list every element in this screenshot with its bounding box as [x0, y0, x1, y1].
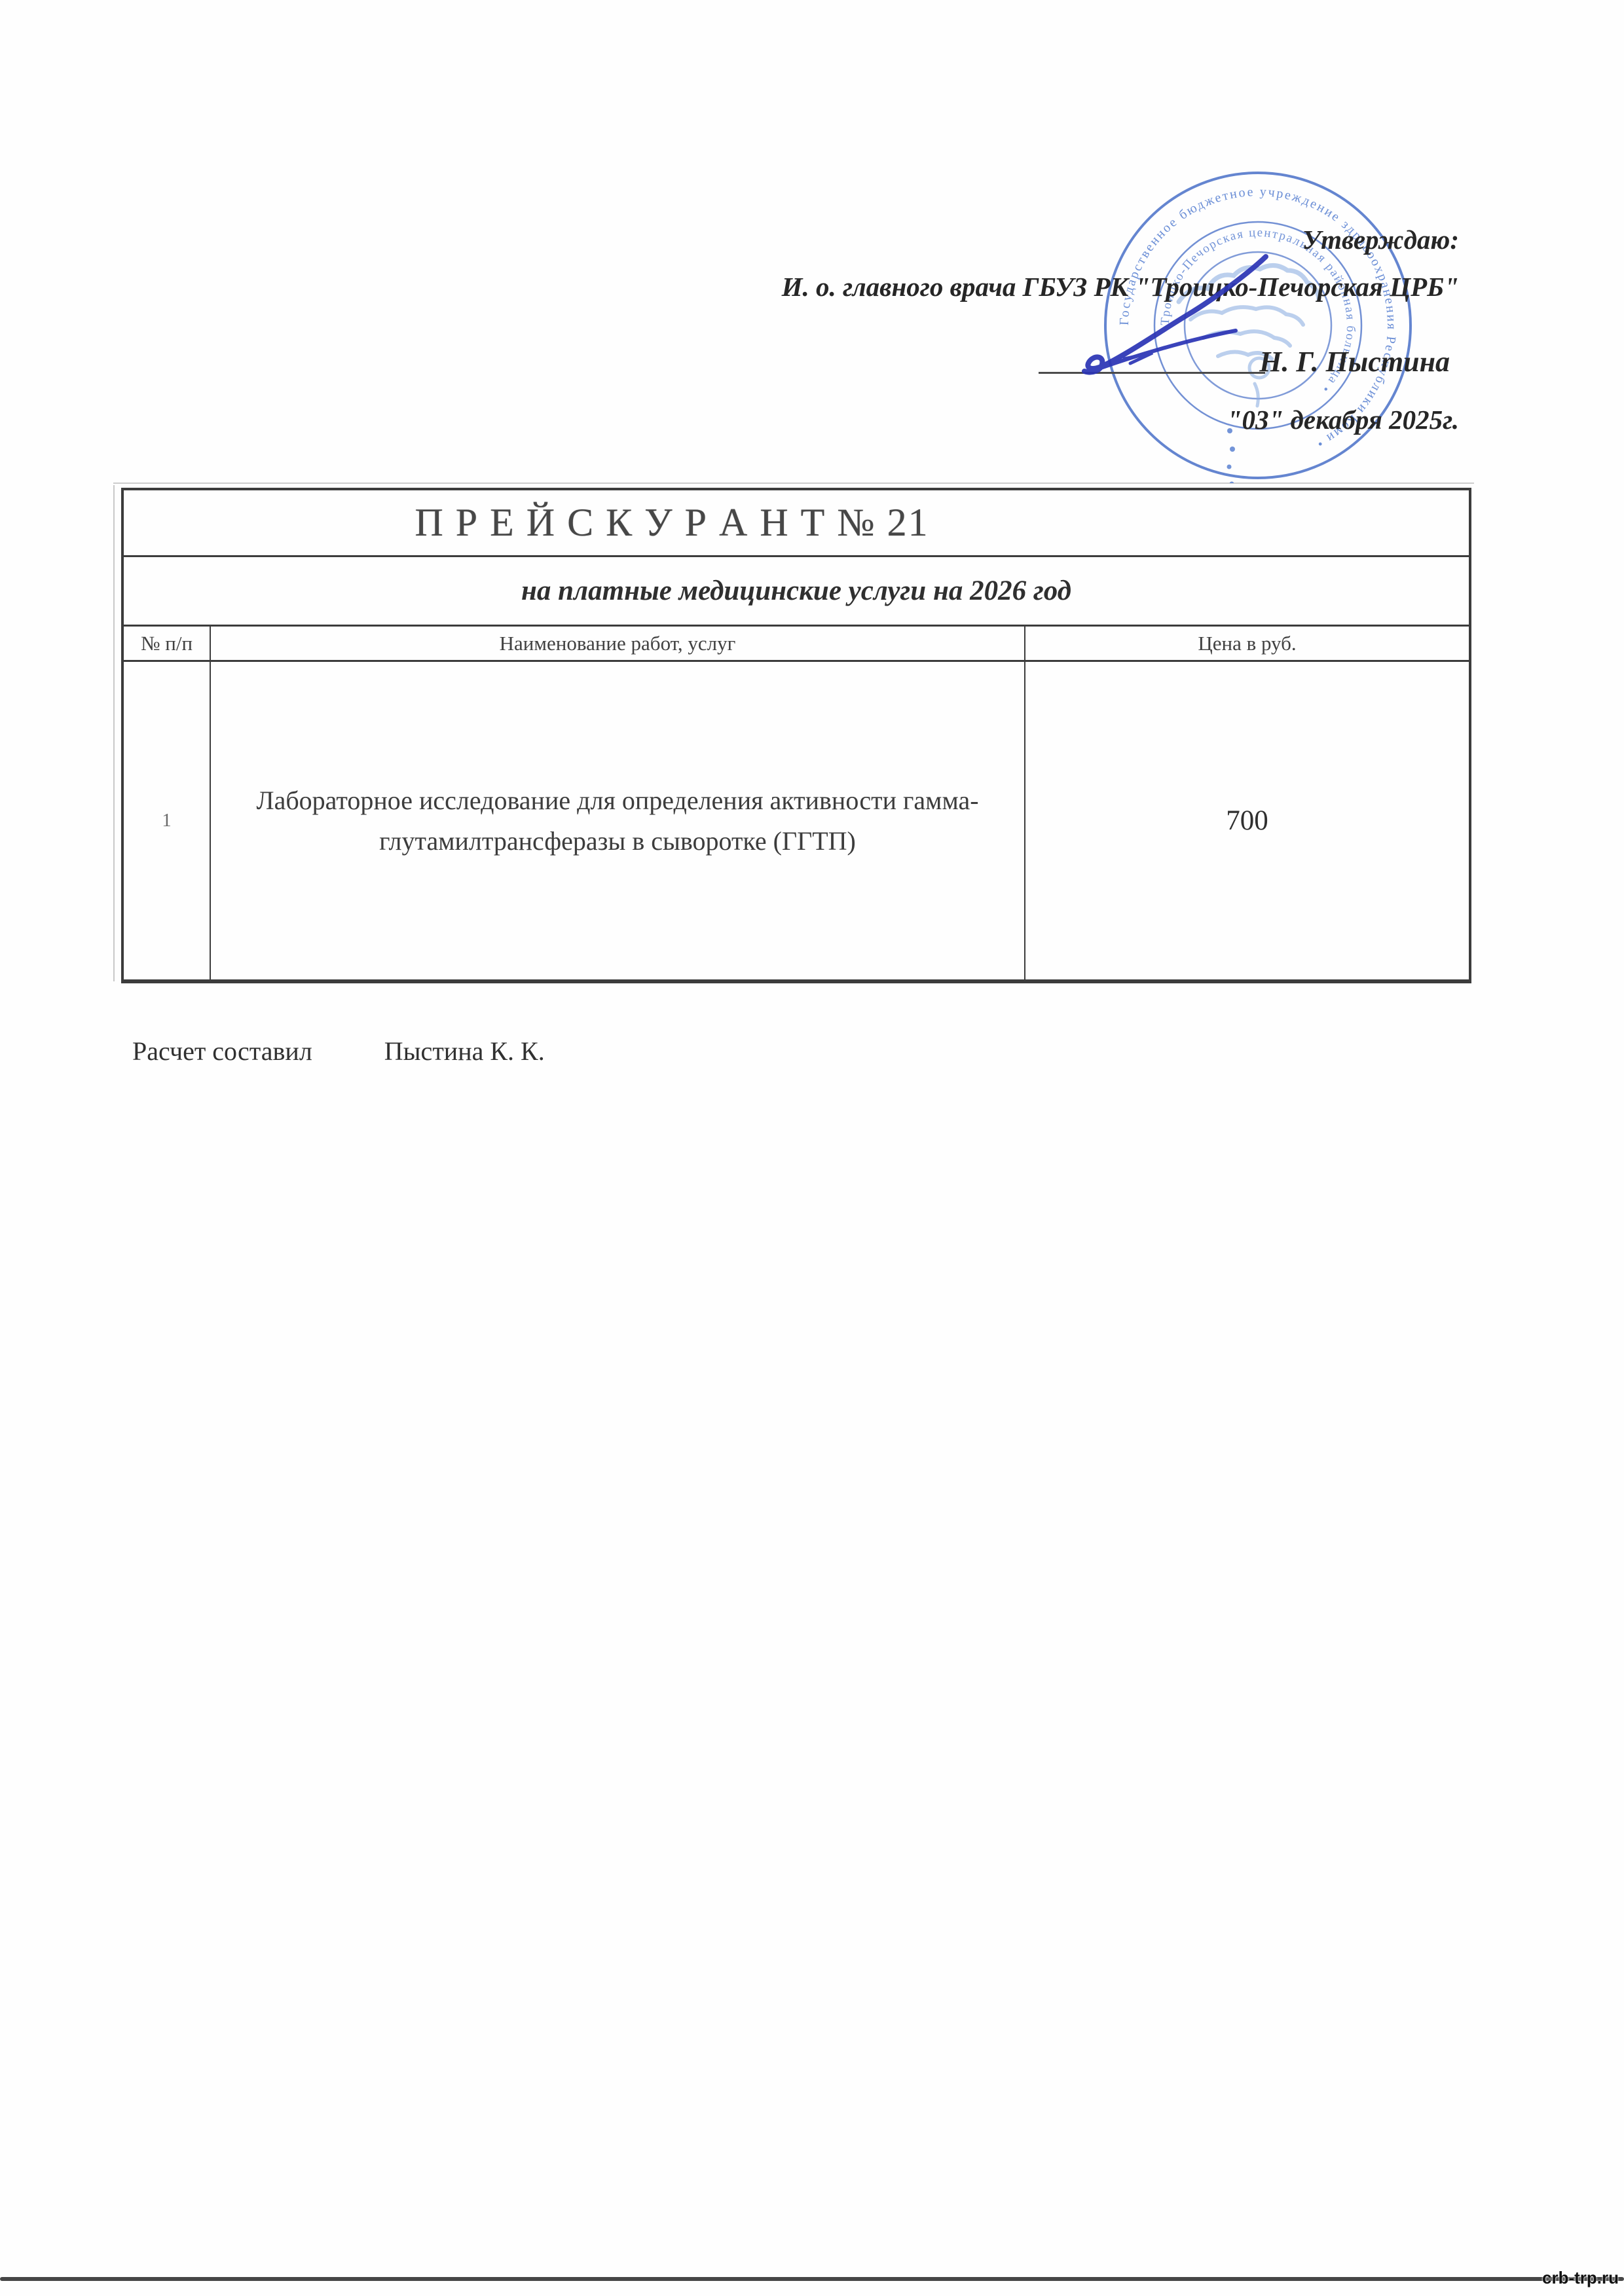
table-title-row: П Р Е Й С К У Р А Н Т № 21 — [124, 490, 1469, 557]
handwritten-signature-icon — [1067, 234, 1277, 375]
row-number-cell: 1 — [124, 662, 211, 979]
table-title: П Р Е Й С К У Р А Н Т № 21 — [415, 500, 929, 545]
column-header-num: № п/п — [124, 627, 211, 660]
table-row: 1 Лабораторное исследование для определе… — [124, 662, 1469, 979]
price-cell: 700 — [1025, 662, 1469, 979]
scanned-price-list-page: Утверждаю: И. о. главного врача ГБУЗ РК … — [0, 0, 1624, 2296]
price-table: П Р Е Й С К У Р А Н Т № 21 на платные ме… — [121, 488, 1471, 983]
table-header-row: № п/п Наименование работ, услуг Цена в р… — [124, 627, 1469, 662]
prepared-by-line: Расчет составилПыстина К. К. — [132, 1036, 545, 1066]
column-header-name: Наименование работ, услуг — [211, 627, 1025, 660]
table-subtitle: на платные медицинские услуги на 2026 го… — [521, 575, 1071, 607]
scan-bottom-edge — [0, 2277, 1624, 2281]
scan-ghost-line-vertical — [113, 485, 115, 981]
site-watermark: crb-trp.ru — [1542, 2268, 1619, 2288]
prepared-by-name: Пыстина К. К. — [384, 1036, 545, 1066]
column-header-price: Цена в руб. — [1025, 627, 1469, 660]
approval-date: "03" декабря 2025г. — [782, 404, 1459, 435]
prepared-by-label: Расчет составил — [132, 1036, 312, 1066]
service-name-cell: Лабораторное исследование для определени… — [211, 662, 1025, 979]
table-subtitle-row: на платные медицинские услуги на 2026 го… — [124, 557, 1469, 627]
